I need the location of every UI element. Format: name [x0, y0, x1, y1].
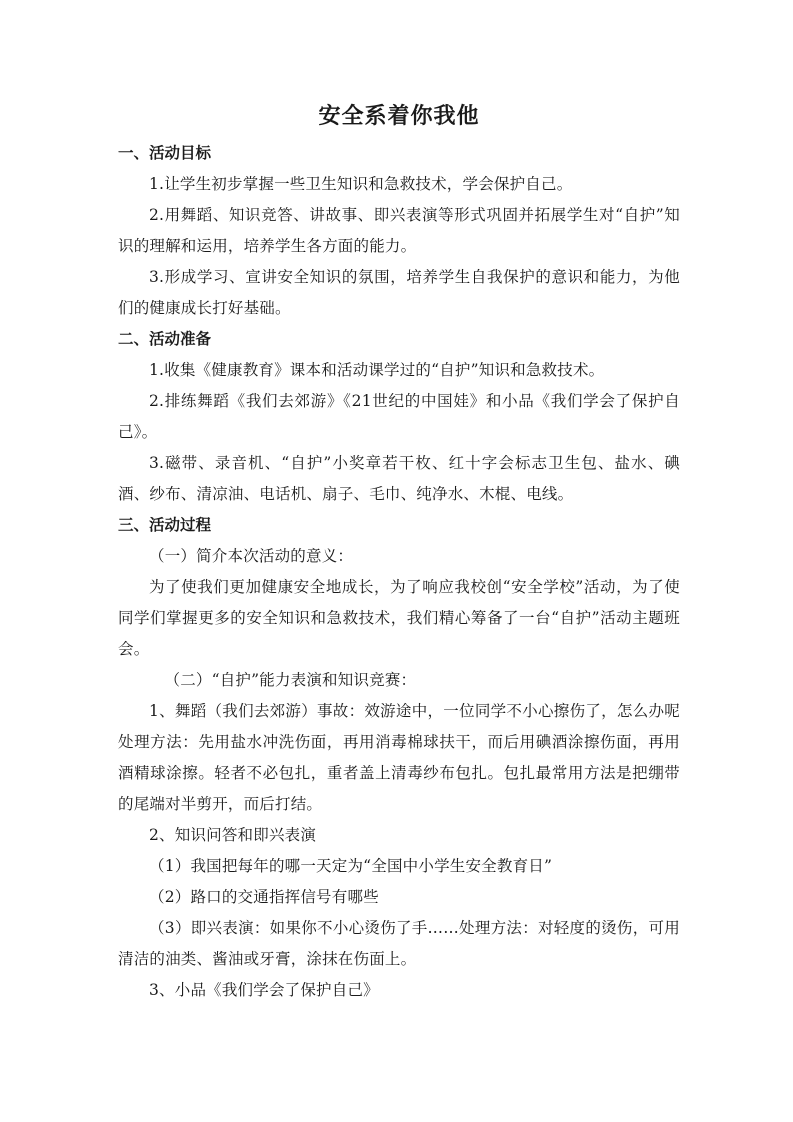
paragraph: 1、舞蹈（我们去郊游）事故：效游途中，一位同学不小心擦伤了，怎么办呢处理方法：先…	[118, 696, 680, 820]
paragraph: 2.排练舞蹈《我们去郊游》《21世纪的中国娃》和小品《我们学会了保护自己》。	[118, 386, 680, 448]
section-heading-preparation: 二、活动准备	[118, 324, 680, 355]
paragraph: 3.形成学习、宣讲安全知识的氛围，培养学生自我保护的意识和能力，为他们的健康成长…	[118, 262, 680, 324]
paragraph: 1.让学生初步掌握一些卫生知识和急救技术，学会保护自己。	[118, 169, 680, 200]
paragraph: （2）路口的交通指挥信号有哪些	[118, 882, 680, 913]
section-heading-goals: 一、活动目标	[118, 138, 680, 169]
paragraph: 为了使我们更加健康安全地成长，为了响应我校创“安全学校”活动，为了使同学们掌握更…	[118, 572, 680, 665]
document-page: 安全系着你我他 一、活动目标 1.让学生初步掌握一些卫生知识和急救技术，学会保护…	[118, 100, 680, 1006]
paragraph: （二）“自护”能力表演和知识竞赛：	[118, 665, 680, 696]
paragraph: （1）我国把每年的哪一天定为“全国中小学生安全教育日”	[118, 851, 680, 882]
paragraph: 2.用舞蹈、知识竞答、讲故事、即兴表演等形式巩固并拓展学生对“自护”知识的理解和…	[118, 200, 680, 262]
paragraph: （一）简介本次活动的意义：	[118, 541, 680, 572]
paragraph: 2、知识问答和即兴表演	[118, 820, 680, 851]
section-heading-process: 三、活动过程	[118, 510, 680, 541]
paragraph: 3、小品《我们学会了保护自己》	[118, 975, 680, 1006]
paragraph: 3.磁带、录音机、“自护”小奖章若干枚、红十字会标志卫生包、盐水、碘酒、纱布、清…	[118, 448, 680, 510]
paragraph: （3）即兴表演：如果你不小心烫伤了手……处理方法：对轻度的烫伤，可用清洁的油类、…	[118, 913, 680, 975]
document-title: 安全系着你我他	[118, 100, 680, 134]
paragraph: 1.收集《健康教育》课本和活动课学过的“自护”知识和急救技术。	[118, 355, 680, 386]
